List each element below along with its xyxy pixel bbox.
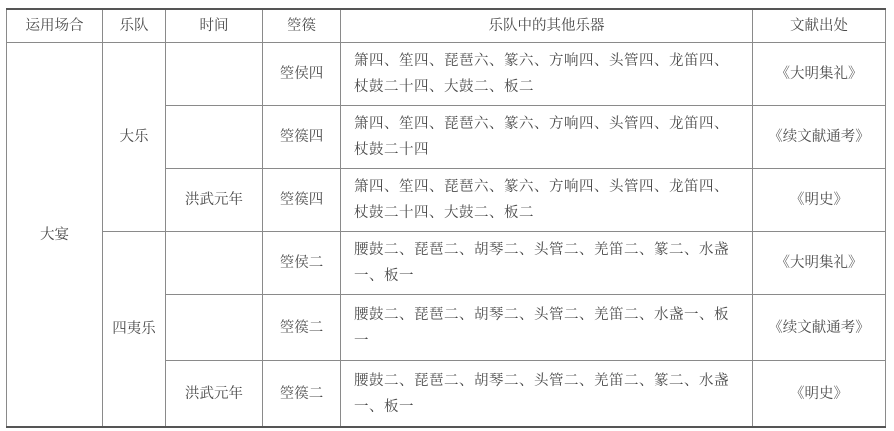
instruments-cell: 箫四、笙四、琵琶六、篆六、方响四、头管四、龙笛四、杖鼓二十四 xyxy=(341,106,753,169)
instruments-cell: 箫四、笙四、琵琶六、篆六、方响四、头管四、龙笛四、杖鼓二十四、大鼓二、板二 xyxy=(341,43,753,106)
header-konghou: 箜篌 xyxy=(263,9,341,43)
header-occasion: 运用场合 xyxy=(7,9,103,43)
source-cell: 《明史》 xyxy=(753,169,886,232)
band-cell: 四夷乐 xyxy=(103,232,166,428)
source-cell: 《续文献通考》 xyxy=(753,295,886,361)
source-cell: 《大明集礼》 xyxy=(753,43,886,106)
source-cell: 《明史》 xyxy=(753,361,886,428)
time-cell xyxy=(166,43,263,106)
instruments-cell: 箫四、笙四、琵琶六、篆六、方响四、头管四、龙笛四、杖鼓二十四、大鼓二、板二 xyxy=(341,169,753,232)
table-row: 大宴 大乐 箜侯四 箫四、笙四、琵琶六、篆六、方响四、头管四、龙笛四、杖鼓二十四… xyxy=(7,43,886,106)
time-cell xyxy=(166,232,263,295)
konghou-cell: 箜侯二 xyxy=(263,232,341,295)
konghou-cell: 箜篌四 xyxy=(263,169,341,232)
time-cell: 洪武元年 xyxy=(166,361,263,428)
band-cell: 大乐 xyxy=(103,43,166,232)
time-cell xyxy=(166,106,263,169)
occasion-cell: 大宴 xyxy=(7,43,103,428)
source-cell: 《续文献通考》 xyxy=(753,106,886,169)
konghou-cell: 箜篌四 xyxy=(263,106,341,169)
header-other-instruments: 乐队中的其他乐器 xyxy=(341,9,753,43)
instruments-cell: 腰鼓二、琵琶二、胡琴二、头管二、羌笛二、篆二、水盏一、板一 xyxy=(341,361,753,428)
table-row: 四夷乐 箜侯二 腰鼓二、琵琶二、胡琴二、头管二、羌笛二、篆二、水盏一、板一 《大… xyxy=(7,232,886,295)
header-time: 时间 xyxy=(166,9,263,43)
time-cell xyxy=(166,295,263,361)
konghou-cell: 箜侯四 xyxy=(263,43,341,106)
header-source: 文献出处 xyxy=(753,9,886,43)
konghou-cell: 箜篌二 xyxy=(263,361,341,428)
instruments-cell: 腰鼓二、琵琶二、胡琴二、头管二、羌笛二、水盏一、板一 xyxy=(341,295,753,361)
time-cell: 洪武元年 xyxy=(166,169,263,232)
header-row: 运用场合 乐队 时间 箜篌 乐队中的其他乐器 文献出处 xyxy=(7,9,886,43)
header-band: 乐队 xyxy=(103,9,166,43)
source-cell: 《大明集礼》 xyxy=(753,232,886,295)
instruments-cell: 腰鼓二、琵琶二、胡琴二、头管二、羌笛二、篆二、水盏一、板一 xyxy=(341,232,753,295)
konghou-cell: 箜篌二 xyxy=(263,295,341,361)
instrument-table: 运用场合 乐队 时间 箜篌 乐队中的其他乐器 文献出处 大宴 大乐 箜侯四 箫四… xyxy=(6,8,886,428)
